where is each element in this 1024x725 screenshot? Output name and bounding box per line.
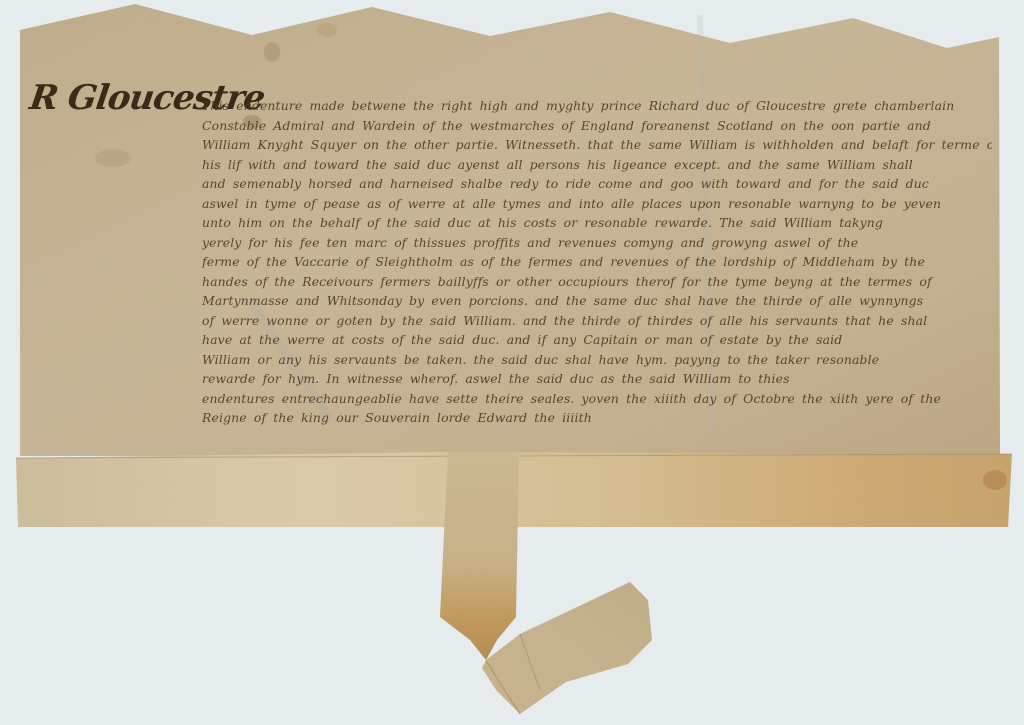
text-line: Constable Admiral and Wardein of the wes…: [202, 116, 992, 136]
text-line: Reigne of the king our Souverain lorde E…: [202, 408, 992, 428]
text-line: aswel in tyme of pease as of werre at al…: [202, 194, 992, 214]
text-line: This endenture made betwene the right hi…: [202, 96, 992, 116]
document-image: R Gloucestre This endenture made betwene…: [0, 0, 1024, 725]
text-line: Martynmasse and Whitsonday by even porci…: [202, 291, 992, 311]
text-line: endentures entrechaungeablie have sette …: [202, 389, 992, 409]
text-line: unto him on the behalf of the said duc a…: [202, 213, 992, 233]
text-line: yerely for his fee ten marc of thissues …: [202, 233, 992, 253]
text-line: rewarde for hym. In witnesse wherof. asw…: [202, 369, 992, 389]
text-line: his lif with and toward the said duc aye…: [202, 155, 992, 175]
text-line: have at the werre at costs of the said d…: [202, 330, 992, 350]
text-line: ferme of the Vaccarie of Sleightholm as …: [202, 252, 992, 272]
text-line: William Knyght Squyer on the other parti…: [202, 135, 992, 155]
text-line: and semenably horsed and harneised shalb…: [202, 174, 992, 194]
text-line: handes of the Receivours fermers baillyf…: [202, 272, 992, 292]
text-line: William or any his servaunts be taken. t…: [202, 350, 992, 370]
seal-tag-strip: [440, 452, 519, 660]
indenture-text: This endenture made betwene the right hi…: [202, 96, 992, 428]
text-line: of werre wonne or goten by the said Will…: [202, 311, 992, 331]
